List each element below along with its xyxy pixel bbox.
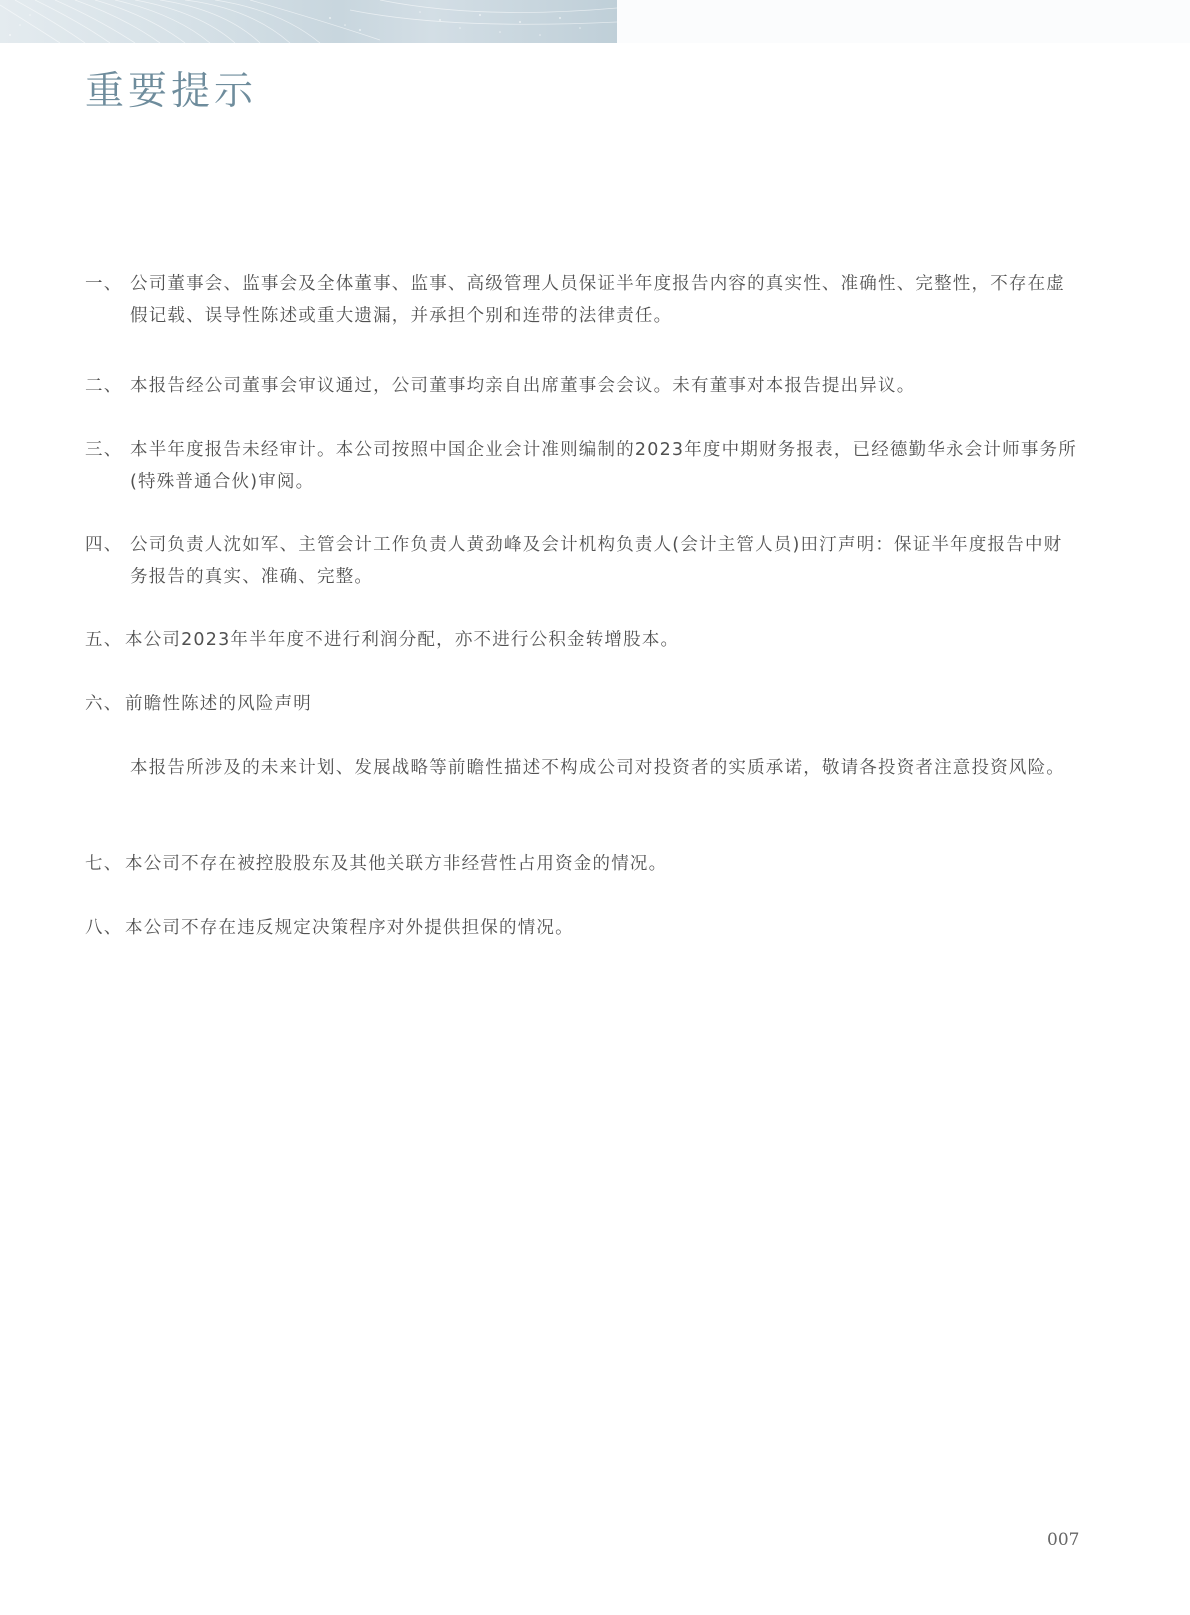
notice-number: 五、: [85, 624, 122, 656]
notice-text: 本报告所涉及的未来计划、发展战略等前瞻性描述不构成公司对投资者的实质承诺，敬请各…: [85, 752, 1080, 784]
notice-item-1: 一、 公司董事会、监事会及全体董事、监事、高级管理人员保证半年度报告内容的真实性…: [85, 268, 1080, 332]
notice-text: 公司负责人沈如军、主管会计工作负责人黄劲峰及会计机构负责人(会计主管人员)田汀声…: [85, 529, 1080, 593]
notice-item-6: 六、 前瞻性陈述的风险声明: [85, 688, 1080, 720]
notice-item-7: 七、 本公司不存在被控股股东及其他关联方非经营性占用资金的情况。: [85, 848, 1080, 880]
notice-item-4: 四、 公司负责人沈如军、主管会计工作负责人黄劲峰及会计机构负责人(会计主管人员)…: [85, 529, 1080, 593]
notice-number: 一、: [85, 268, 122, 300]
notice-number: 八、: [85, 912, 122, 944]
notice-text: 本半年度报告未经审计。本公司按照中国企业会计准则编制的2023年度中期财务报表，…: [85, 434, 1080, 498]
header-decorative-image: [0, 0, 617, 43]
notice-item-2: 二、 本报告经公司董事会审议通过，公司董事均亲自出席董事会会议。未有董事对本报告…: [85, 370, 1080, 402]
notice-number: 七、: [85, 848, 122, 880]
notice-text: 本报告经公司董事会审议通过，公司董事均亲自出席董事会会议。未有董事对本报告提出异…: [85, 370, 1080, 402]
notice-number: 二、: [85, 370, 122, 402]
wave-lines-icon: [0, 0, 617, 43]
notice-number: 四、: [85, 529, 122, 561]
notice-item-8: 八、 本公司不存在违反规定决策程序对外提供担保的情况。: [85, 912, 1080, 944]
page-title: 重要提示: [85, 60, 257, 116]
notice-number: 三、: [85, 434, 122, 466]
notice-item-6-paragraph: 本报告所涉及的未来计划、发展战略等前瞻性描述不构成公司对投资者的实质承诺，敬请各…: [85, 752, 1080, 784]
notice-item-3: 三、 本半年度报告未经审计。本公司按照中国企业会计准则编制的2023年度中期财务…: [85, 434, 1080, 498]
notice-text: 本公司不存在违反规定决策程序对外提供担保的情况。: [85, 912, 1080, 944]
notice-number: 六、: [85, 688, 122, 720]
page-number: 007: [1047, 1530, 1079, 1550]
notice-text: 公司董事会、监事会及全体董事、监事、高级管理人员保证半年度报告内容的真实性、准确…: [85, 268, 1080, 332]
notice-heading: 前瞻性陈述的风险声明: [85, 688, 1080, 720]
notice-text: 本公司不存在被控股股东及其他关联方非经营性占用资金的情况。: [85, 848, 1080, 880]
notice-item-5: 五、 本公司2023年半年度不进行利润分配，亦不进行公积金转增股本。: [85, 624, 1080, 656]
notice-text: 本公司2023年半年度不进行利润分配，亦不进行公积金转增股本。: [85, 624, 1080, 656]
